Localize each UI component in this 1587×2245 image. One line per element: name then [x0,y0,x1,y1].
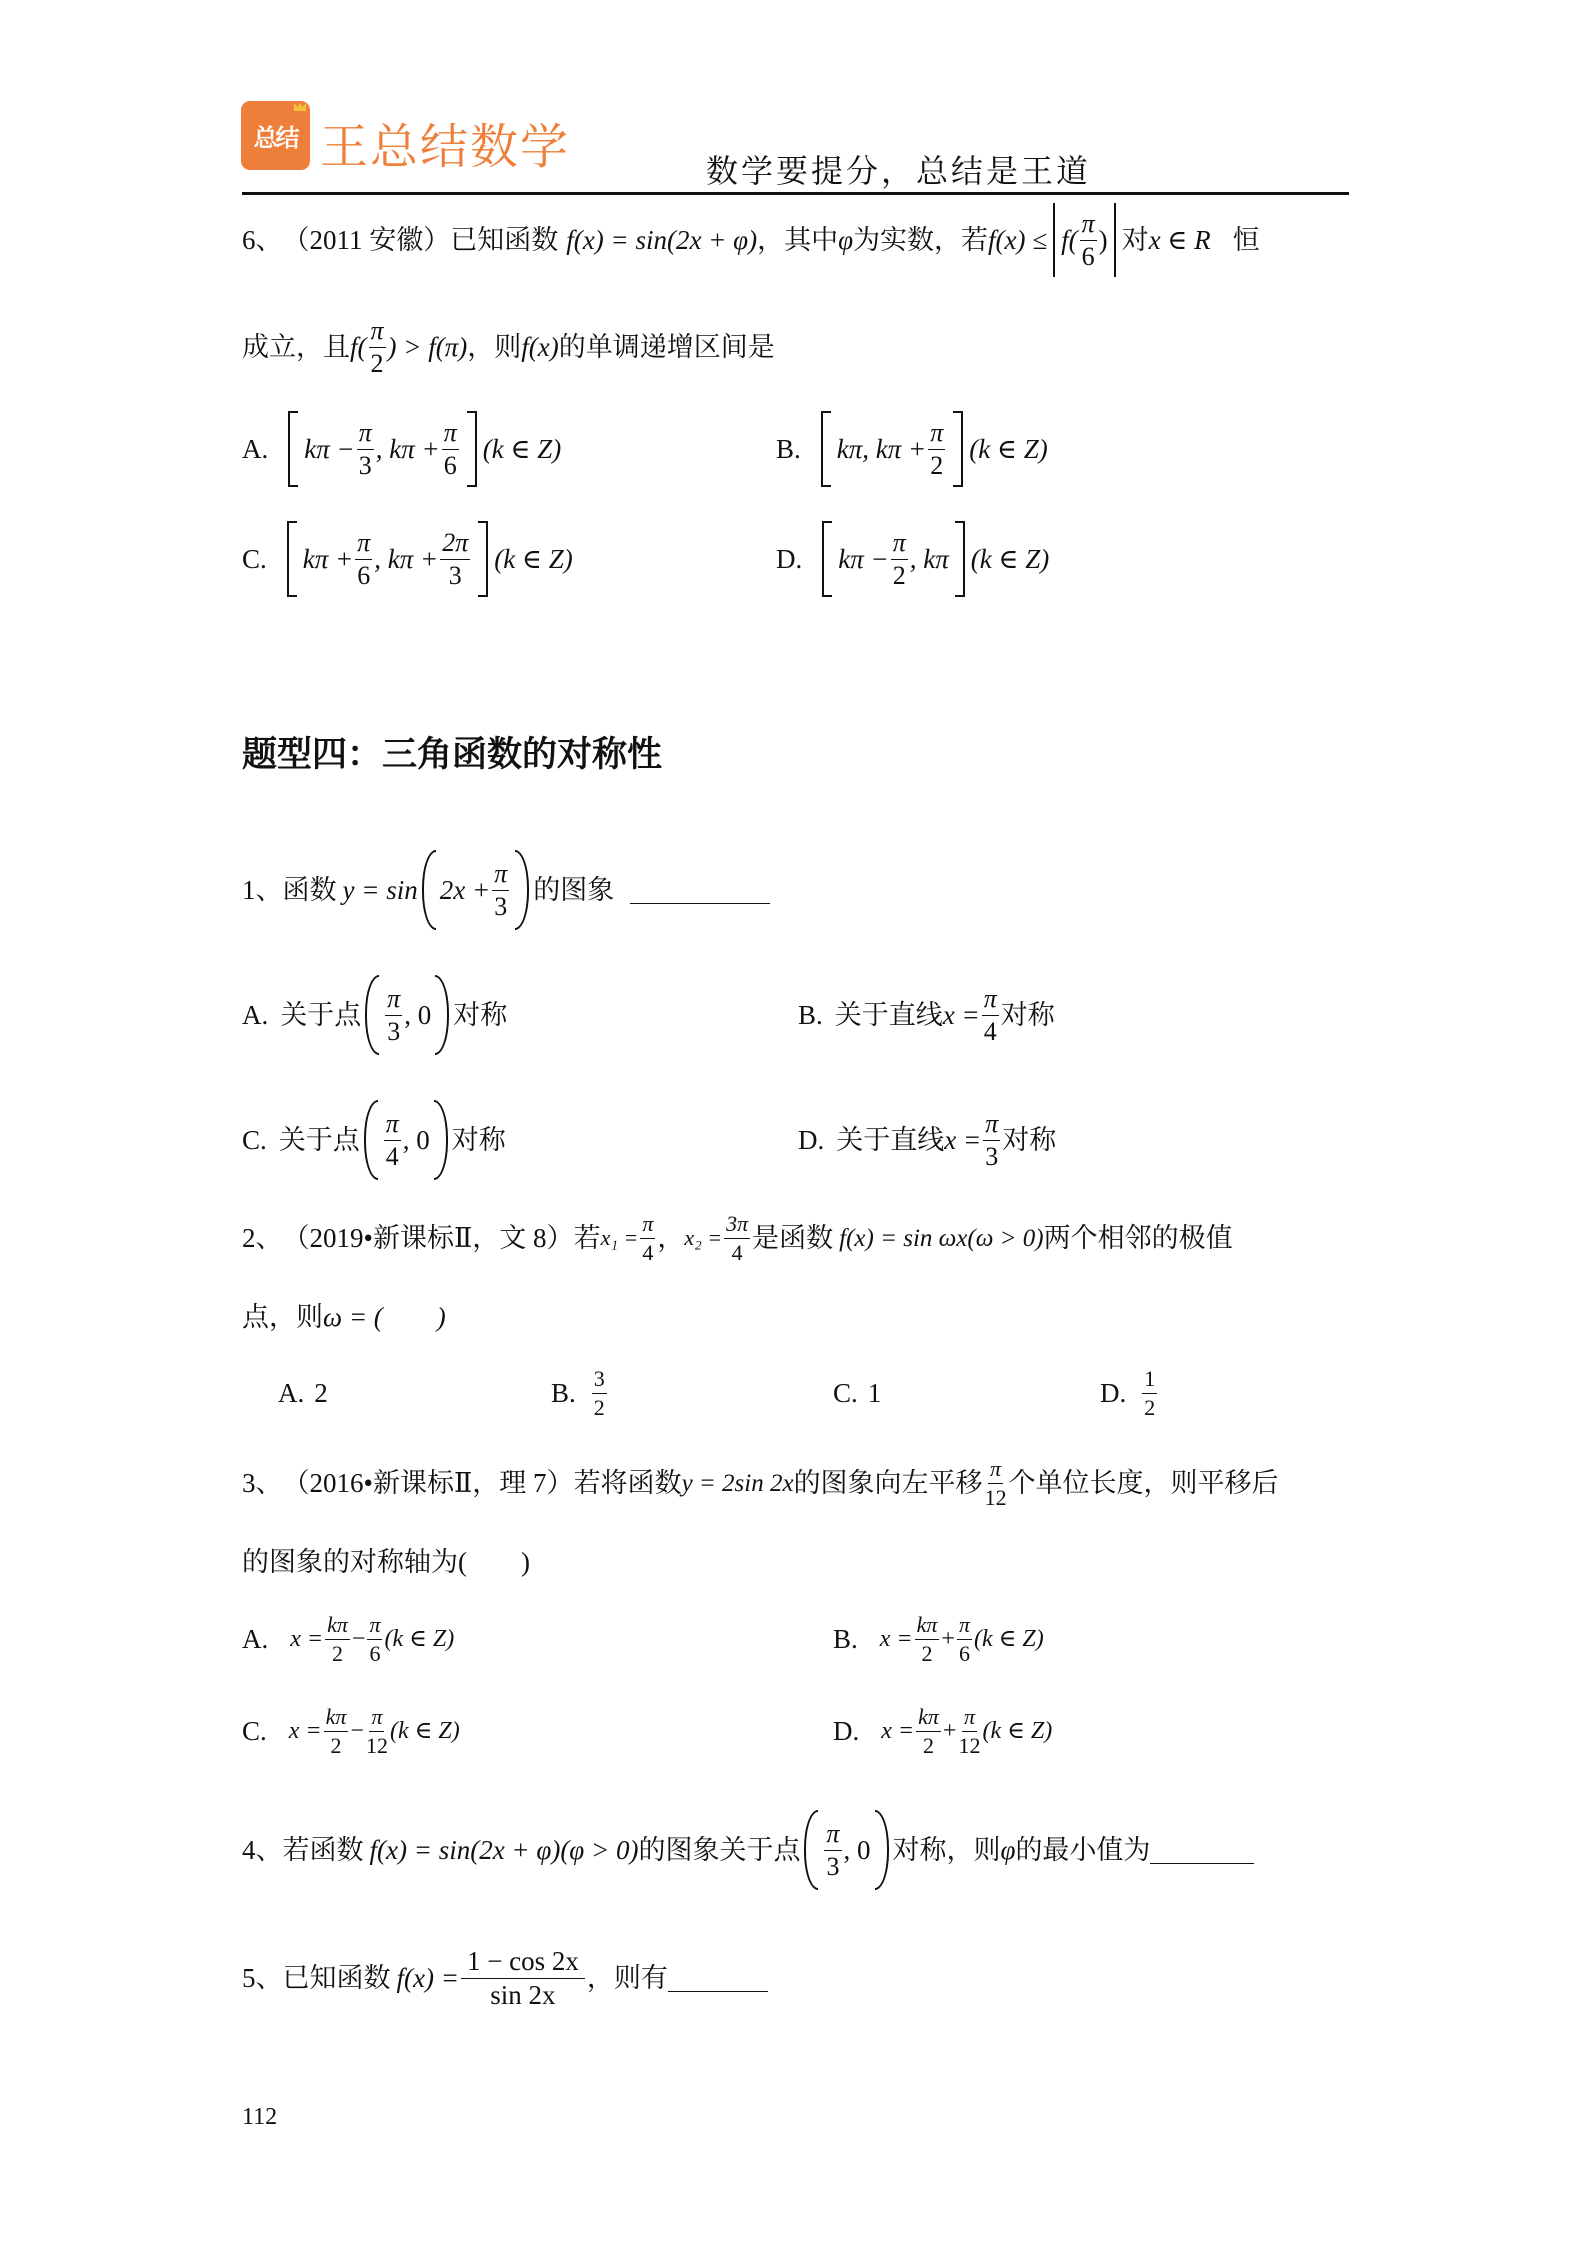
s4-q4: 4、 若函数 f(x) = sin(2x + φ)(φ > 0) 的图象关于点 … [242,1810,1254,1890]
header-divider [242,192,1349,195]
option-label: A. [242,436,268,463]
math-expr: x₁ = [601,1227,639,1249]
text: 对称 [453,1002,507,1029]
text: 关于点 [279,1127,360,1154]
text: 两个相邻的极值 [1044,1225,1233,1252]
q6-line1: 6、 （2011 安徽） 已知函数 f(x) = sin(2x + φ) ，其中… [242,203,1260,277]
question-number: 1、 [242,877,283,904]
s4-q1: 1、 函数 y = sin 2x + π3 的图象 [242,850,770,930]
option-value: 2 [314,1380,328,1407]
text: 若将函数 [574,1470,682,1497]
text: 的图象向左平移 [794,1470,983,1497]
option-label: D. [1100,1380,1126,1407]
text: 的最小值为 [1015,1837,1150,1864]
question-number: 5、 [242,1965,283,1992]
math-expr: x ∈ R [1149,227,1211,254]
text: 已知函数 [450,227,558,254]
q6-line2: 成立，且 f( π2 ) > f(π) ，则 f(x) 的单调递增区间是 [242,312,775,382]
text: 若函数 [283,1837,364,1864]
q6-option-d[interactable]: D. kπ −π2, kπ (k ∈ Z) [776,522,1049,596]
option-label: B. [551,1380,576,1407]
text: 成立，且 [242,334,350,361]
text: 函数 [283,877,337,904]
answer-blank[interactable] [630,877,770,904]
brand-logo-badge: 总结 [241,101,310,170]
math-expr: x₂ = [684,1227,722,1249]
fraction-numerator: 1 − cos 2x [467,1946,579,1976]
text: 是函数 [752,1225,833,1252]
option-label: C. [242,1718,267,1745]
s4-q1-option-d[interactable]: D. 关于直线 x =π3 对称 [798,1100,1056,1180]
option-label: A. [278,1380,304,1407]
s4-q3-line2: 的图象的对称轴为( ) [242,1545,530,1579]
logo-badge-text: 总结 [254,118,298,153]
math-expr: y = 2sin 2x [682,1471,794,1496]
math-var: φ [1001,1837,1016,1864]
text: 的图象关于点 [638,1837,800,1864]
s4-q1-option-b[interactable]: B. 关于直线 x =π4 对称 [798,975,1055,1055]
s4-q2-option-c[interactable]: C. 1 [833,1360,881,1426]
s4-q3-line1: 3、 （2016•新课标Ⅱ，理 7） 若将函数 y = 2sin 2x 的图象向… [242,1450,1279,1516]
math-expr: ) > f(π) [388,334,468,361]
q6-option-a[interactable]: A. kπ −π3, kπ +π6 (k ∈ Z) [242,412,561,486]
math-expr: f(x) = sin ωx(ω > 0) [839,1226,1043,1251]
page-number: 112 [242,2104,277,2131]
option-label: B. [833,1626,858,1653]
math-expr: f(x) ≤ [988,227,1047,254]
s4-q3-option-c[interactable]: C. x =kπ2−π12(k ∈ Z) [242,1698,460,1764]
fraction-denominator: sin 2x [490,1980,555,2010]
option-label: D. [833,1718,859,1745]
math-expr: f(x) [521,334,558,361]
s4-q1-option-c[interactable]: C. 关于点 π4, 0 对称 [242,1100,506,1180]
s4-q2-line1: 2、 （2019•新课标Ⅱ，文 8） 若 x₁ = π4 ， x₂ = 3π4 … [242,1205,1233,1271]
option-label: C. [833,1380,858,1407]
crown-icon [294,103,306,111]
abs-bar-left [1053,203,1055,277]
math-expr: 2x + [440,877,490,904]
brand-name: 王总结数学 [320,108,570,177]
s4-q3-option-b[interactable]: B. x =kπ2+π6(k ∈ Z) [833,1606,1044,1672]
math-expr: f( [350,334,367,361]
s4-q3-option-d[interactable]: D. x =kπ2+π12(k ∈ Z) [833,1698,1052,1764]
text: 对称 [452,1127,506,1154]
s4-q2-option-b[interactable]: B. 32 [551,1360,609,1426]
s4-q2-line2: 点，则 ω = ( ) [242,1300,446,1334]
text: 已知函数 [283,1965,391,1992]
text: ，则有 [587,1965,668,1992]
option-label: D. [798,1127,824,1154]
math-expr: f(x) = sin(2x + φ)(φ > 0) [370,1837,639,1864]
fraction: π2 [369,317,386,377]
text: 点，则 [242,1304,323,1331]
math-expr: f(x) = sin(2x + φ) [566,227,757,254]
text: 恒 [1233,227,1260,254]
answer-blank[interactable] [1150,1837,1254,1864]
abs-bar-right [1114,203,1116,277]
text: 的图象 [533,877,614,904]
option-label: A. [242,1626,268,1653]
s4-q1-option-a[interactable]: A. 关于点 π3, 0 对称 [242,975,507,1055]
math-expr: ) [1099,227,1108,254]
question-number: 3、 [242,1470,283,1497]
text: 的图象的对称轴为( ) [242,1549,530,1576]
answer-blank[interactable] [668,1965,768,1992]
text: 对 [1122,227,1149,254]
text: ，则 [467,334,521,361]
answer-paren[interactable]: ω = ( ) [323,1304,446,1331]
math-expr: f( [1061,227,1078,254]
text: 对称，则 [893,1837,1001,1864]
section-heading: 题型四：三角函数的对称性 [242,727,662,777]
option-label: C. [242,1127,267,1154]
slogan: 数学要提分，总结是王道 [706,146,1091,192]
math-expr: y = sin [343,877,418,904]
text: ， [657,1225,684,1252]
question-source: （2011 安徽） [283,227,451,254]
option-label: A. [242,1002,268,1029]
math-var: φ [838,227,853,254]
question-number: 4、 [242,1837,283,1864]
question-source: （2016•新课标Ⅱ，理 7） [283,1470,574,1497]
text: ，其中 [757,227,838,254]
question-number: 2、 [242,1225,283,1252]
text: 对称 [1001,1002,1055,1029]
text: 个单位长度，则平移后 [1009,1470,1279,1497]
option-label: D. [776,546,802,573]
text: 对称 [1002,1127,1056,1154]
option-value: 1 [868,1380,882,1407]
question-number: 6、 [242,227,283,254]
text: 关于直线 [835,1002,943,1029]
q6-option-c[interactable]: C. kπ +π6, kπ +2π3 (k ∈ Z) [242,522,573,596]
text: 若 [574,1225,601,1252]
text: 关于直线 [836,1127,944,1154]
s4-q3-option-a[interactable]: A. x =kπ2−π6(k ∈ Z) [242,1606,454,1672]
text: 为实数，若 [853,227,988,254]
option-label: B. [776,436,801,463]
option-label: C. [242,546,267,573]
s4-q2-option-a[interactable]: A. 2 [278,1360,328,1426]
s4-q2-option-d[interactable]: D. 12 [1100,1360,1159,1426]
text: 关于点 [280,1002,361,1029]
s4-q5: 5、 已知函数 f(x) = 1 − cos 2xsin 2x ，则有 [242,1940,768,2016]
q6-option-b[interactable]: B. kπ, kπ +π2 (k ∈ Z) [776,412,1048,486]
option-label: B. [798,1002,823,1029]
math-expr: f(x) = [397,1965,459,1992]
question-source: （2019•新课标Ⅱ，文 8） [283,1225,574,1252]
fraction: π6 [1080,210,1097,270]
text: 的单调递增区间是 [559,334,775,361]
